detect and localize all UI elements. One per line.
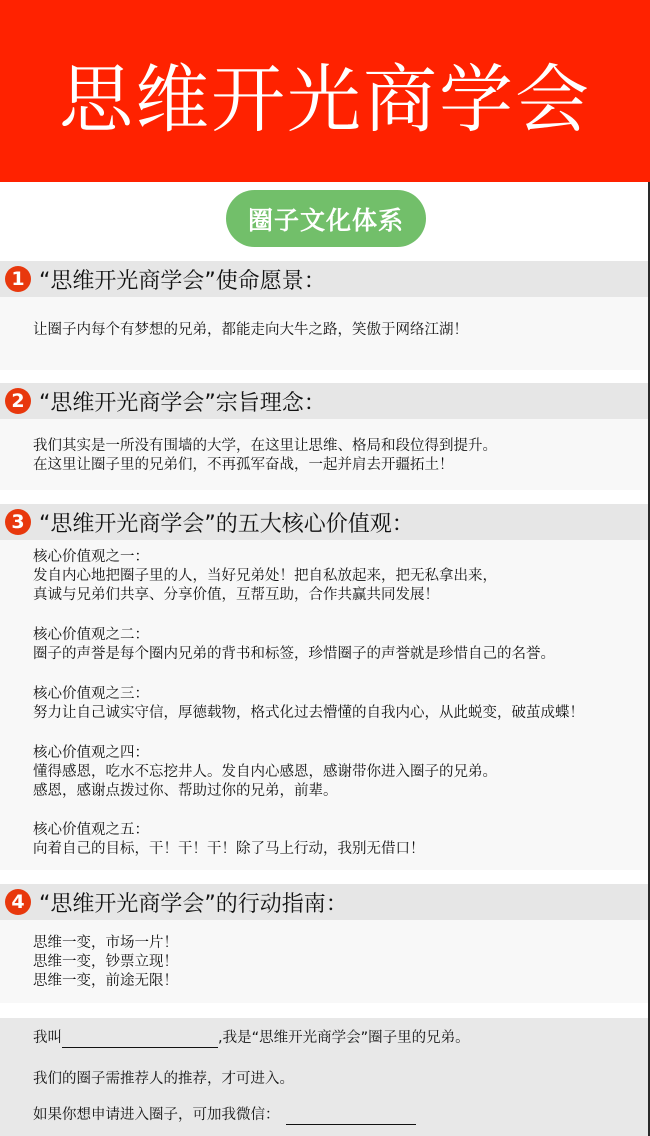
section-2-header: 2 “思维开光商学会”宗旨理念： xyxy=(0,383,650,419)
value-2-line-1: 圈子的声誉是每个圈内兄弟的背书和标签，珍惜圈子的声誉就是珍惜自己的名誉。 xyxy=(33,645,555,664)
pill-label: 圈子文化体系 xyxy=(248,201,404,237)
referral-text: 我们的圈子需推荐人的推荐，才可进入。 xyxy=(33,1070,294,1089)
guide-line-1: 思维一变，市场一片！ xyxy=(33,934,178,953)
section-4-title: “思维开光商学会”的行动指南： xyxy=(39,887,348,918)
intro-footer: 我叫 ,我是“思维开光商学会”圈子里的兄弟。 我们的圈子需推荐人的推荐，才可进入… xyxy=(0,1018,650,1136)
name-blank-field[interactable] xyxy=(62,1032,218,1048)
purpose-line-2: 在这里让圈子里的兄弟们，不再孤军奋战，一起并肩去开疆拓土！ xyxy=(33,456,454,475)
value-1-line-1: 发自内心地把圈子里的人，当好兄弟处！把自私放起来，把无私拿出来， xyxy=(33,567,497,586)
value-4-heading: 核心价值观之四： xyxy=(33,744,149,763)
intro-name-line: 我叫 ,我是“思维开光商学会”圈子里的兄弟。 xyxy=(33,1029,470,1048)
wechat-line: 如果你想申请进入圈子，可加我微信： xyxy=(33,1106,416,1125)
value-5-line-1: 向着自己的目标，干！干！干！除了马上行动，我别无借口！ xyxy=(33,840,425,859)
section-1-body: 让圈子内每个有梦想的兄弟，都能走向大牛之路，笑傲于网络江湖！ xyxy=(0,297,648,370)
number-4-badge-icon: 4 xyxy=(5,889,31,915)
culture-system-pill: 圈子文化体系 xyxy=(226,190,426,247)
value-1-heading: 核心价值观之一： xyxy=(33,548,149,567)
section-3-header: 3 “思维开光商学会”的五大核心价值观： xyxy=(0,504,650,540)
value-3-line-1: 努力让自己诚实守信，厚德载物，格式化过去懵懂的自我内心，从此蜕变，破茧成蝶！ xyxy=(33,704,584,723)
section-1-header: 1 “思维开光商学会”使命愿景： xyxy=(0,261,650,297)
section-3-body: 核心价值观之一： 发自内心地把圈子里的人，当好兄弟处！把自私放起来，把无私拿出来… xyxy=(0,540,648,870)
section-1-title: “思维开光商学会”使命愿景： xyxy=(39,264,326,295)
section-3-title: “思维开光商学会”的五大核心价值观： xyxy=(39,507,414,538)
intro-name-prefix: 我叫 xyxy=(33,1029,62,1048)
value-4-line-1: 懂得感恩，吃水不忘挖井人。发自内心感恩，感谢带你进入圈子的兄弟。 xyxy=(33,763,497,782)
header-banner: 思维开光商学会 xyxy=(0,0,650,182)
value-5-heading: 核心价值观之五： xyxy=(33,821,149,840)
value-1-line-2: 真诚与兄弟们共享、分享价值，互帮互助，合作共赢共同发展！ xyxy=(33,586,439,605)
section-2-body: 我们其实是一所没有围墙的大学，在这里让思维、格局和段位得到提升。 在这里让圈子里… xyxy=(0,419,648,490)
section-4-body: 思维一变，市场一片！ 思维一变，钞票立现！ 思维一变，前途无限！ xyxy=(0,920,648,1003)
referral-note: 我们的圈子需推荐人的推荐，才可进入。 xyxy=(33,1070,294,1089)
value-4-line-2: 感恩，感谢点拨过你、帮助过你的兄弟，前辈。 xyxy=(33,782,338,801)
guide-line-3: 思维一变，前途无限！ xyxy=(33,972,178,991)
wechat-prefix: 如果你想申请进入圈子，可加我微信： xyxy=(33,1106,280,1125)
value-2-heading: 核心价值观之二： xyxy=(33,626,149,645)
number-1-badge-icon: 1 xyxy=(5,266,31,292)
value-3-heading: 核心价值观之三： xyxy=(33,685,149,704)
number-3-badge-icon: 3 xyxy=(5,509,31,535)
guide-line-2: 思维一变，钞票立现！ xyxy=(33,953,178,972)
section-4-header: 4 “思维开光商学会”的行动指南： xyxy=(0,884,650,920)
mission-text: 让圈子内每个有梦想的兄弟，都能走向大牛之路，笑傲于网络江湖！ xyxy=(33,321,468,340)
intro-name-suffix: ,我是“思维开光商学会”圈子里的兄弟。 xyxy=(218,1029,470,1048)
banner-title: 思维开光商学会 xyxy=(59,41,591,147)
wechat-blank-field[interactable] xyxy=(286,1109,416,1125)
number-2-badge-icon: 2 xyxy=(5,388,31,414)
section-2-title: “思维开光商学会”宗旨理念： xyxy=(39,386,326,417)
purpose-line-1: 我们其实是一所没有围墙的大学，在这里让思维、格局和段位得到提升。 xyxy=(33,437,497,456)
